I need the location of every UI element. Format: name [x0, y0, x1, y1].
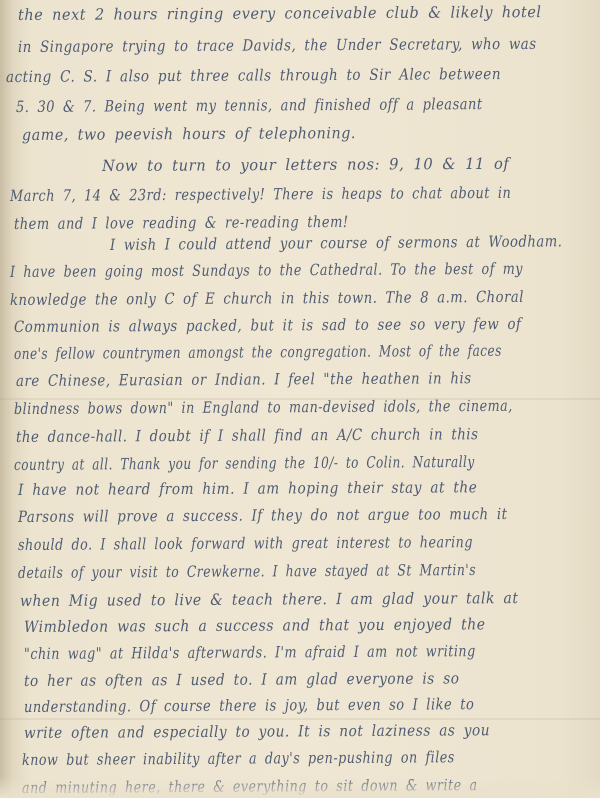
letter-line: the next 2 hours ringing every conceivab… [18, 3, 542, 24]
letter-line: I have not heard from him. I am hoping t… [18, 478, 477, 499]
letter-line: country at all. Thank you for sending th… [14, 453, 475, 474]
letter-line: Communion is always packed, but it is sa… [14, 315, 522, 336]
fold-crease [0, 718, 600, 720]
letter-line: know but sheer inability after a day's p… [22, 748, 455, 769]
letter-line: Wimbledon was such a success and that yo… [24, 615, 486, 636]
letter-page: the next 2 hours ringing every conceivab… [0, 0, 600, 798]
letter-line: to her as often as I used to. I am glad … [24, 669, 460, 690]
letter-line: acting C. S. I also put three calls thro… [6, 65, 501, 86]
letter-line: Parsons will prove a success. If they do… [18, 505, 508, 526]
letter-line: them and I love reading & re-reading the… [14, 213, 349, 233]
letter-line: I have been going most Sundays to the Ca… [10, 260, 523, 281]
letter-line: the dance-hall. I doubt if I shall find … [16, 425, 479, 446]
letter-line: are Chinese, Eurasian or Indian. I feel … [16, 369, 472, 390]
letter-line: knowledge the only C of E church in this… [10, 288, 524, 309]
letter-line: game, two peevish hours of telephoning. [22, 124, 356, 144]
letter-line: I wish I could attend your course of ser… [110, 232, 563, 254]
letter-line: March 7, 14 & 23rd: respectively! There … [10, 184, 511, 205]
letter-line: write often and especially to you. It is… [24, 721, 490, 742]
letter-line: Now to turn to your letters nos: 9, 10 &… [102, 155, 510, 175]
letter-line: when Mig used to live & teach there. I a… [20, 589, 519, 610]
page-bottom-edge [0, 776, 600, 798]
letter-line: details of your visit to Crewkerne. I ha… [18, 561, 476, 582]
letter-line: blindness bows down" in England to man-d… [14, 397, 513, 418]
letter-line: in Singapore trying to trace Davids, the… [18, 35, 537, 56]
letter-line: one's fellow countrymen amongst the cong… [14, 342, 502, 363]
letter-line: should do. I shall look forward with gre… [18, 533, 473, 554]
letter-line: "chin wag" at Hilda's afterwards. I'm af… [24, 642, 476, 663]
letter-line: understanding. Of course there is joy, b… [24, 695, 474, 716]
letter-line: 5. 30 & 7. Being went my tennis, and fin… [16, 95, 483, 116]
